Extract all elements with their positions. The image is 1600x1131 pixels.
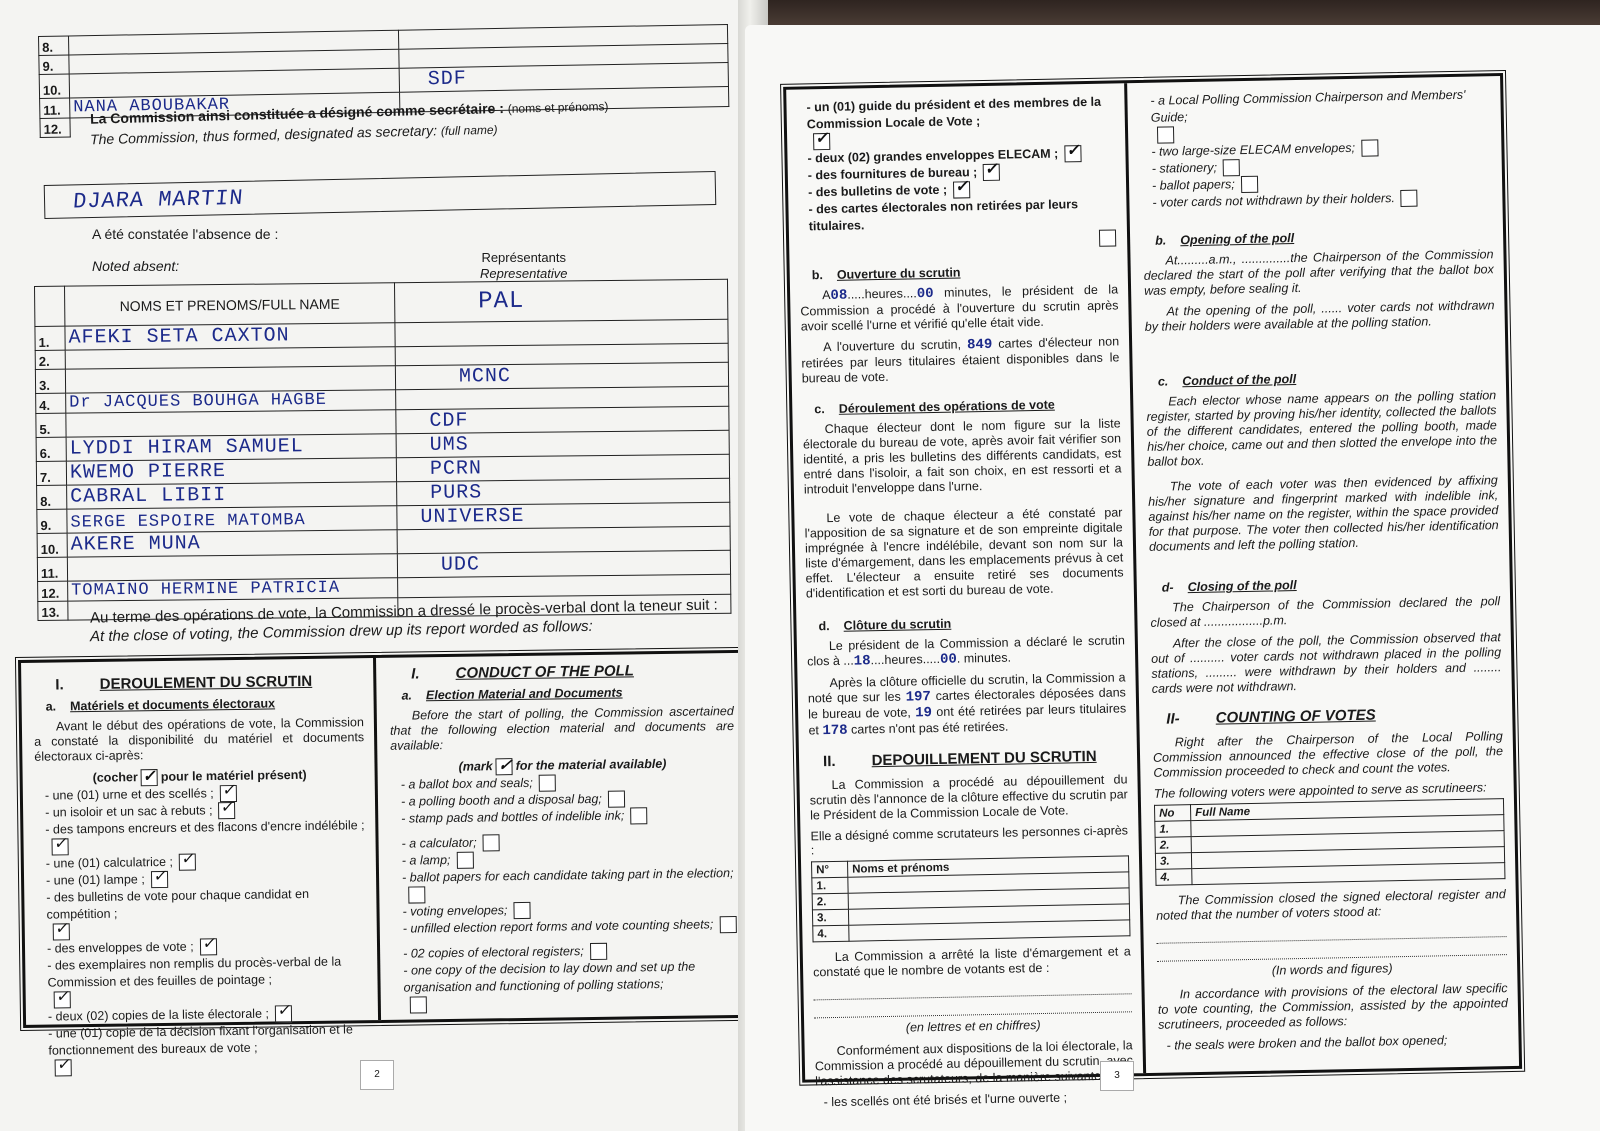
section-frame: I.DEROULEMENT DU SCRUTIN a.Matériels et … (18, 650, 749, 1028)
checkbox[interactable] (590, 943, 607, 960)
closing-minutes: 00 (940, 652, 957, 668)
representative-header: Représentants Representative (480, 250, 567, 282)
absent-table: NOMS ET PRENOMS/FULL NAME PAL 1.AFEKI SE… (34, 279, 731, 621)
checkbox[interactable] (179, 854, 196, 871)
checklist-item: - des exemplaires non remplis du procès-… (37, 953, 368, 1009)
checklist-item: - ballot papers for each candidate takin… (392, 865, 736, 904)
checkbox[interactable] (53, 923, 70, 940)
section-title: COUNTING OF VOTES (1216, 707, 1376, 727)
checkbox-legend-icon (496, 758, 513, 775)
en-column: I.CONDUCT OF THE POLL a.Election Materia… (381, 655, 746, 1020)
withdrawn-cards: 19 (915, 705, 932, 721)
checkbox[interactable] (55, 1059, 72, 1076)
checkbox[interactable] (719, 916, 736, 933)
absent-label-fr: A été constatée l'absence de : (92, 226, 278, 242)
fr-column: - un (01) guide du président et des memb… (788, 87, 1142, 1115)
checkbox[interactable] (1223, 159, 1240, 176)
checkbox[interactable] (200, 938, 217, 955)
not-withdrawn-cards: 178 (822, 723, 848, 739)
checkbox[interactable] (151, 871, 168, 888)
scrutineers-table: N°Noms et prénoms 1. 2. 3. 4. (811, 855, 1130, 942)
section-title: DEROULEMENT DU SCRUTIN (100, 673, 313, 693)
secretary-name-field[interactable]: DJARA MARTIN (44, 171, 717, 219)
section-title: CONDUCT OF THE POLL (455, 662, 634, 681)
checklist-item: - une (01) copie de la décision fixant l… (38, 1021, 369, 1077)
page-number: 2 (360, 1060, 394, 1090)
col-header-name: NOMS ET PRENOMS/FULL NAME (65, 283, 395, 326)
checklist-item: - des tampons encreurs et des flacons d'… (35, 817, 365, 856)
checkbox[interactable] (813, 133, 830, 150)
checkbox[interactable] (1361, 139, 1378, 156)
voter-count-field[interactable] (1156, 923, 1506, 944)
left-page: 8. 9. 10.SDF 11.NANA ABOUBAKAR 12. La Co… (0, 0, 760, 1131)
checkbox[interactable] (410, 996, 427, 1013)
checkbox[interactable] (456, 852, 473, 869)
absent-label-en: Noted absent: (92, 258, 179, 274)
checklist-item: - des bulletins de vote pour chaque cand… (36, 885, 367, 941)
scrutineers-table: NoFull Name 1. 2. 3. 4. (1154, 798, 1505, 886)
opening-hours: 08 (830, 288, 847, 304)
checkbox[interactable] (608, 791, 625, 808)
checkbox[interactable] (1099, 229, 1116, 246)
handwritten-secretary: DJARA MARTIN (72, 186, 245, 215)
fr-column: I.DEROULEMENT DU SCRUTIN a.Matériels et … (25, 666, 377, 1083)
checklist-item: - one copy of the decision to lay down a… (393, 958, 738, 1014)
checkbox[interactable] (1241, 176, 1258, 193)
checkbox[interactable] (953, 181, 970, 198)
checkbox[interactable] (513, 902, 530, 919)
available-cards-count: 849 (967, 337, 993, 353)
checkbox[interactable] (539, 775, 556, 792)
checklist-item: - stamp pads and bottles of indelible in… (391, 806, 735, 828)
total-cards: 197 (905, 689, 931, 705)
en-column: - a Local Polling Commission Chairperson… (1132, 80, 1517, 1059)
checkbox[interactable] (218, 802, 235, 819)
checkbox[interactable] (983, 164, 1000, 181)
checkbox[interactable] (1064, 145, 1081, 162)
section-title: DEPOUILLEMENT DU SCRUTIN (871, 748, 1096, 769)
checkbox[interactable] (51, 838, 68, 855)
checklist-item: - un (01) guide du président et des memb… (796, 93, 1115, 150)
voter-count-field[interactable] (813, 980, 1131, 1000)
checkbox[interactable] (54, 991, 71, 1008)
voter-count-field[interactable] (1157, 941, 1507, 962)
checkbox[interactable] (408, 886, 425, 903)
opening-text: A08.....heures....00 minutes, le préside… (800, 282, 1119, 334)
checkbox[interactable] (275, 1005, 292, 1022)
section-frame: - un (01) guide du président et des memb… (783, 73, 1522, 1083)
page-number: 3 (1100, 1061, 1134, 1091)
checkbox[interactable] (1157, 126, 1174, 143)
voter-count-field[interactable] (814, 998, 1132, 1018)
checkbox[interactable] (1401, 190, 1418, 207)
checkbox[interactable] (483, 834, 500, 851)
checkbox[interactable] (630, 807, 647, 824)
opening-minutes: 00 (917, 286, 934, 302)
checklist-item: - unfilled election report forms and vot… (393, 916, 737, 938)
right-page: - un (01) guide du président et des memb… (745, 25, 1600, 1131)
checklist-item: - des cartes électorales non retirées pa… (798, 195, 1117, 252)
handwritten-party: SDF (428, 68, 467, 92)
checklist-item: - a Local Polling Commission Chairperson… (1140, 86, 1491, 144)
closing-hours: 18 (854, 653, 871, 669)
checkbox-legend-icon (141, 769, 158, 786)
